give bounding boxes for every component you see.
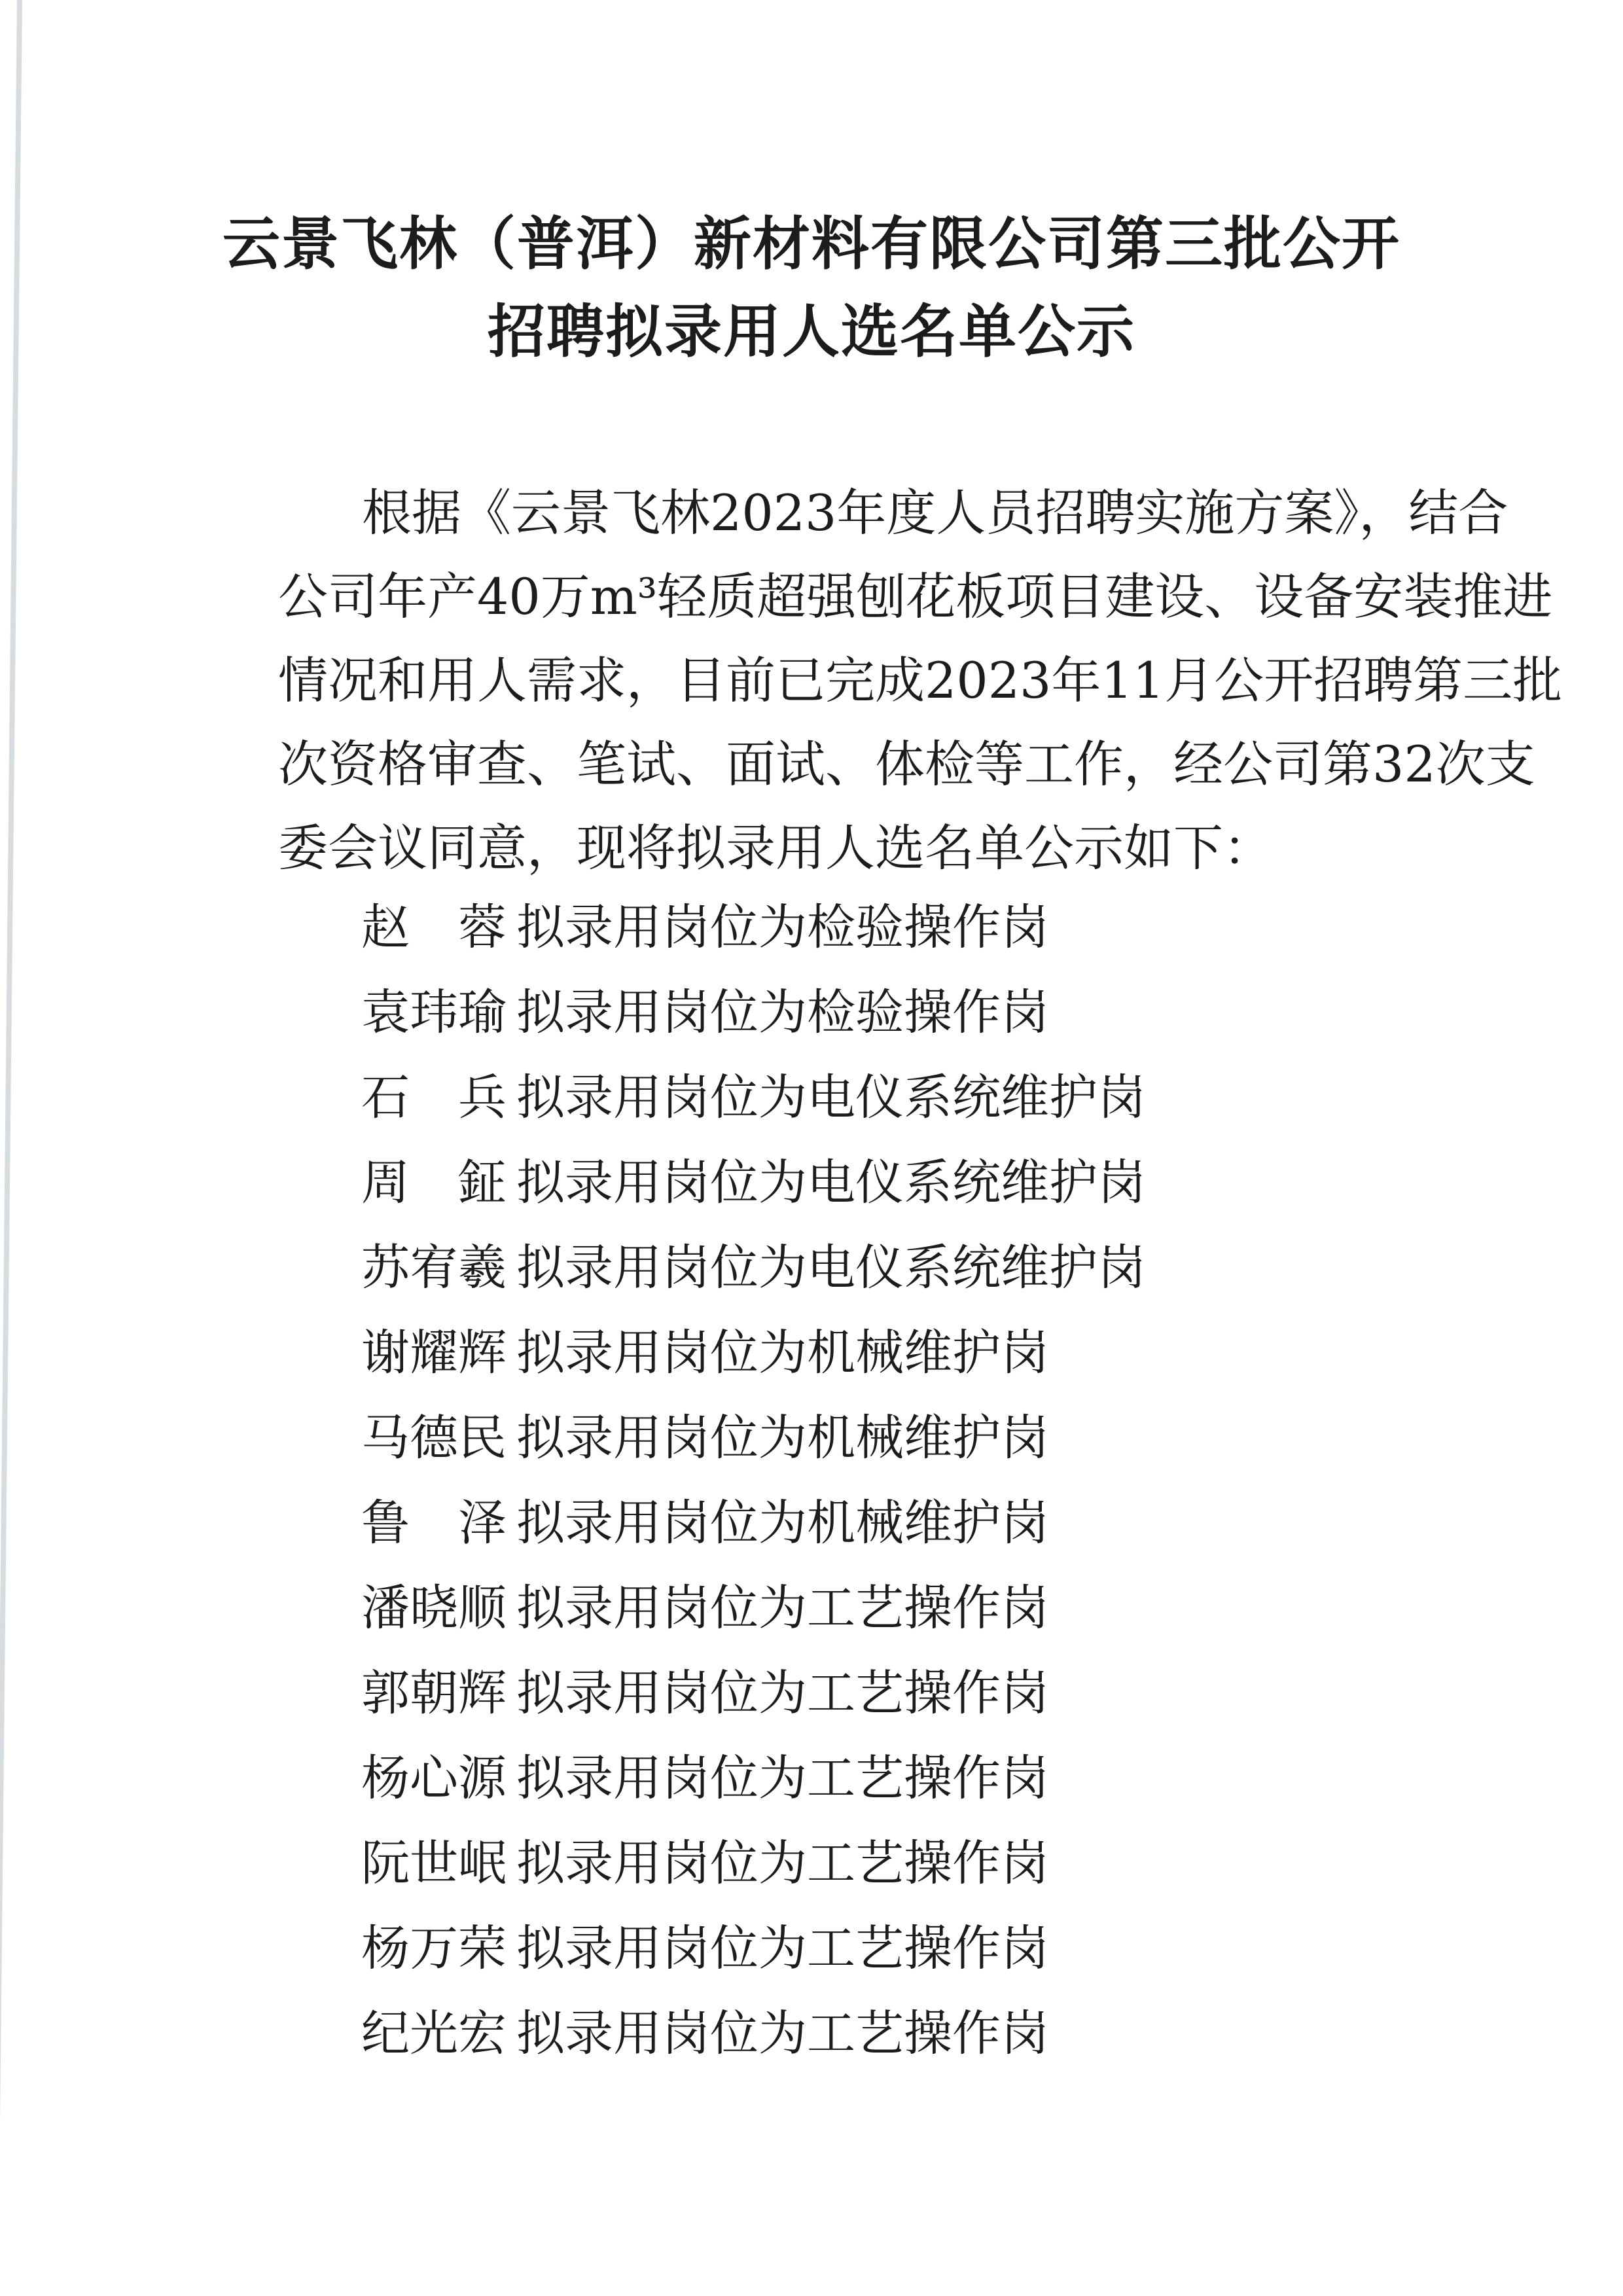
- candidate-position: 拟录用岗位为工艺操作岗: [516, 1821, 1049, 1906]
- candidate-row: 马德民拟录用岗位为机械维护岗: [361, 1395, 1146, 1480]
- candidate-name: 赵 蓉: [361, 885, 495, 970]
- candidate-name: 鲁 泽: [361, 1480, 495, 1566]
- candidate-position: 拟录用岗位为机械维护岗: [516, 1480, 1049, 1566]
- body-paragraph: 根据《云景飞林2023年度人员招聘实施方案》，结合 公司年产40万m³轻质超强刨…: [278, 471, 1404, 890]
- candidate-name: 苏宥羲: [361, 1225, 495, 1310]
- candidate-row: 谢耀辉拟录用岗位为机械维护岗: [361, 1310, 1146, 1395]
- candidate-position: 拟录用岗位为工艺操作岗: [516, 1906, 1049, 1991]
- candidate-name: 郭朝辉: [361, 1651, 495, 1736]
- paragraph-line: 公司年产40万m³轻质超强刨花板项目建设、设备安装推进: [278, 555, 1404, 639]
- candidate-position: 拟录用岗位为工艺操作岗: [516, 1991, 1049, 2076]
- candidate-row: 杨万荣拟录用岗位为工艺操作岗: [361, 1906, 1146, 1991]
- candidate-position: 拟录用岗位为机械维护岗: [516, 1395, 1049, 1480]
- candidate-name: 马德民: [361, 1395, 495, 1480]
- document-title-line-2: 招聘拟录用人选名单公示: [0, 302, 1623, 360]
- candidate-row: 潘晓顺拟录用岗位为工艺操作岗: [361, 1566, 1146, 1651]
- candidate-row: 袁玮瑜拟录用岗位为检验操作岗: [361, 970, 1146, 1055]
- candidate-position: 拟录用岗位为电仪系统维护岗: [516, 1140, 1146, 1225]
- candidate-name: 谢耀辉: [361, 1310, 495, 1395]
- candidate-position: 拟录用岗位为电仪系统维护岗: [516, 1225, 1146, 1310]
- candidate-position: 拟录用岗位为工艺操作岗: [516, 1651, 1049, 1736]
- candidate-position: 拟录用岗位为机械维护岗: [516, 1310, 1049, 1395]
- candidate-position: 拟录用岗位为工艺操作岗: [516, 1566, 1049, 1651]
- candidate-position: 拟录用岗位为工艺操作岗: [516, 1736, 1049, 1821]
- candidate-name: 杨万荣: [361, 1906, 495, 1991]
- candidate-position: 拟录用岗位为检验操作岗: [516, 970, 1049, 1055]
- candidate-name: 阮世岷: [361, 1821, 495, 1906]
- candidate-position: 拟录用岗位为电仪系统维护岗: [516, 1055, 1146, 1140]
- candidate-name: 石 兵: [361, 1055, 495, 1140]
- candidate-row: 杨心源拟录用岗位为工艺操作岗: [361, 1736, 1146, 1821]
- candidate-row: 纪光宏拟录用岗位为工艺操作岗: [361, 1991, 1146, 2076]
- candidate-name: 袁玮瑜: [361, 970, 495, 1055]
- paragraph-line: 根据《云景飞林2023年度人员招聘实施方案》，结合: [278, 471, 1404, 555]
- candidate-row: 赵 蓉拟录用岗位为检验操作岗: [361, 885, 1146, 970]
- document-title-line-1: 云景飞林（普洱）新材料有限公司第三批公开: [0, 215, 1623, 272]
- paragraph-line: 委会议同意，现将拟录用人选名单公示如下：: [278, 806, 1404, 890]
- paragraph-line: 情况和用人需求，目前已完成2023年11月公开招聘第三批: [278, 639, 1404, 723]
- candidate-row: 鲁 泽拟录用岗位为机械维护岗: [361, 1480, 1146, 1566]
- candidate-row: 周 鉦拟录用岗位为电仪系统维护岗: [361, 1140, 1146, 1225]
- candidate-row: 阮世岷拟录用岗位为工艺操作岗: [361, 1821, 1146, 1906]
- candidate-row: 苏宥羲拟录用岗位为电仪系统维护岗: [361, 1225, 1146, 1310]
- candidate-name: 潘晓顺: [361, 1566, 495, 1651]
- candidate-name: 杨心源: [361, 1736, 495, 1821]
- candidate-row: 郭朝辉拟录用岗位为工艺操作岗: [361, 1651, 1146, 1736]
- candidate-position: 拟录用岗位为检验操作岗: [516, 885, 1049, 970]
- candidate-name: 周 鉦: [361, 1140, 495, 1225]
- candidate-row: 石 兵拟录用岗位为电仪系统维护岗: [361, 1055, 1146, 1140]
- paragraph-line: 次资格审查、笔试、面试、体检等工作，经公司第32次支: [278, 723, 1404, 806]
- candidate-name: 纪光宏: [361, 1991, 495, 2076]
- candidate-list: 赵 蓉拟录用岗位为检验操作岗 袁玮瑜拟录用岗位为检验操作岗 石 兵拟录用岗位为电…: [361, 885, 1146, 2076]
